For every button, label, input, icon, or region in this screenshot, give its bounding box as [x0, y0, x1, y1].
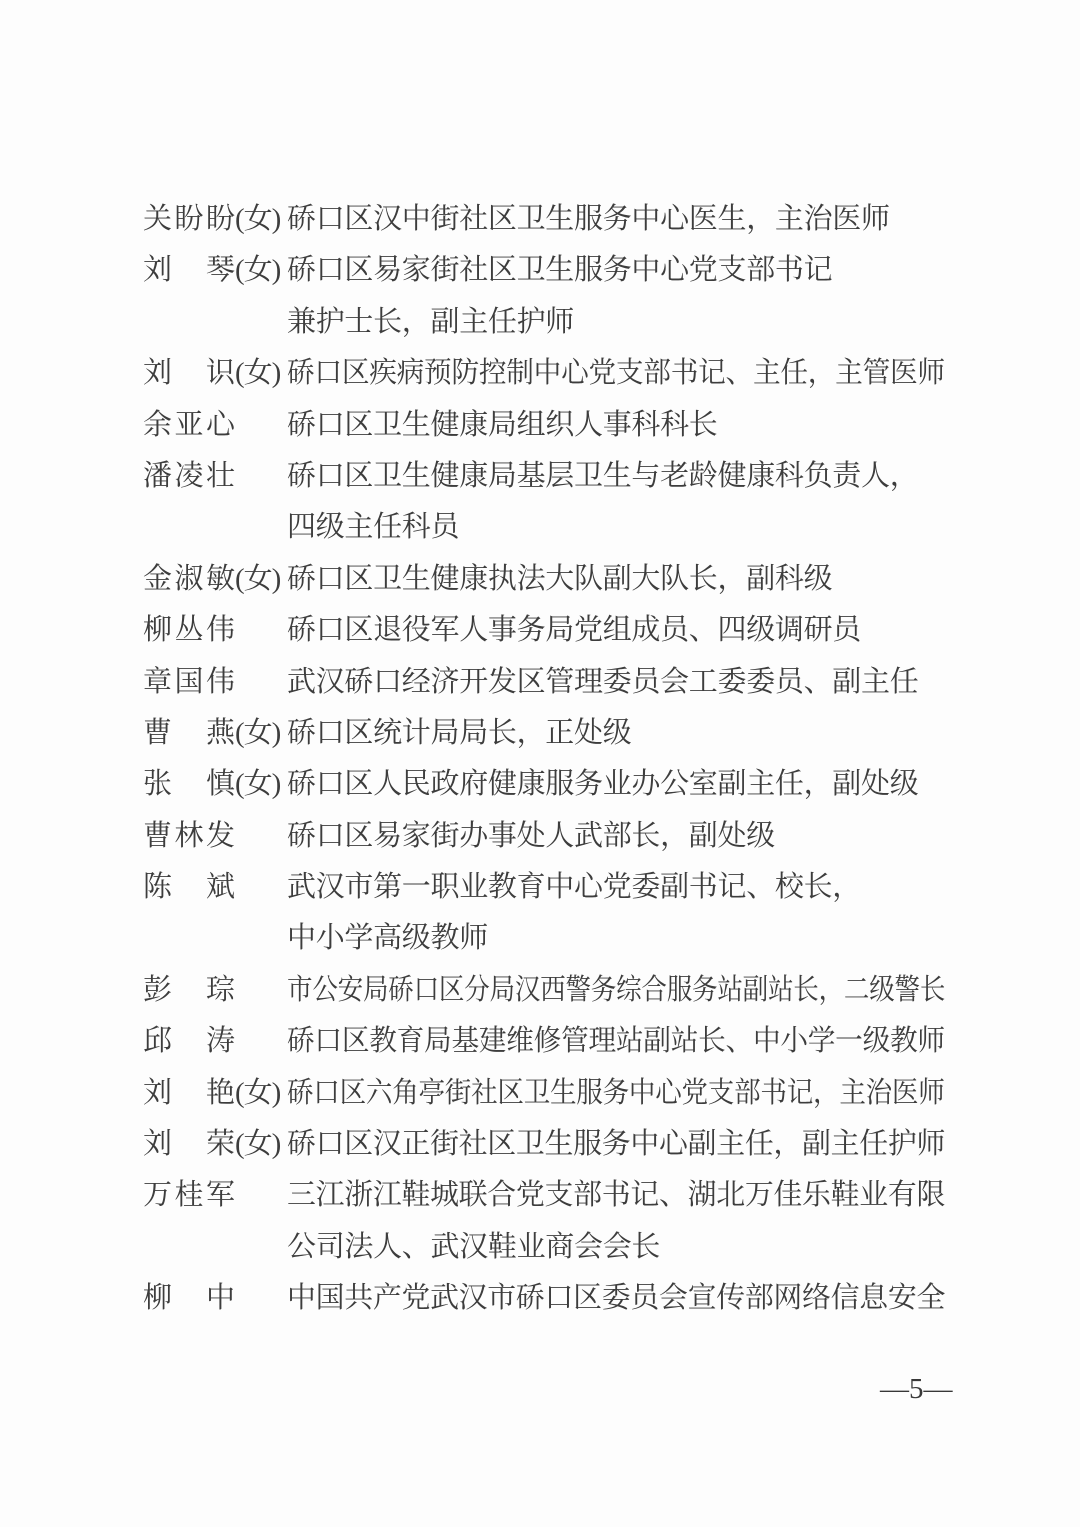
entry-position: 硚口区汉正街社区卫生服务中心副主任，副主任护师: [287, 1119, 1020, 1170]
entry-position-text: 硚口区卫生健康执法大队副大队长，副科级: [287, 554, 832, 605]
list-item: 邱涛 硚口区教育局基建维修管理站副站长、中小学一级教师: [143, 1016, 1020, 1067]
entry-position-text: 四级主任科员: [287, 502, 459, 553]
entry-name: 万桂军: [143, 1170, 235, 1221]
entry-position-text: 公司法人、武汉鞋业商会会长: [287, 1222, 660, 1273]
entry-name: 曹林发: [143, 811, 235, 862]
list-item: 曹燕 (女) 硚口区统计局局长，正处级: [143, 708, 1020, 759]
list-item: 余亚心 硚口区卫生健康局组织人事科科长: [143, 400, 1020, 451]
entry-gender: (女): [235, 1068, 287, 1119]
entry-name: 刘荣: [143, 1119, 235, 1170]
entry-position: 硚口区六角亭街社区卫生服务中心党支部书记，主治医师: [287, 1068, 1020, 1119]
list-item: 潘凌壮 硚口区卫生健康局基层卫生与老龄健康科负责人，: [143, 451, 1020, 502]
entry-position: 硚口区易家街办事处人武部长，副处级: [287, 811, 1020, 862]
list-item: 刘荣 (女) 硚口区汉正街社区卫生服务中心副主任，副主任护师: [143, 1119, 1020, 1170]
entry-gender: (女): [235, 348, 287, 399]
list-item: 关盼盼 (女) 硚口区汉中街社区卫生服务中心医生，主治医师: [143, 194, 1020, 245]
entry-position: 三江浙江鞋城联合党支部书记、湖北万佳乐鞋业有限: [287, 1170, 1020, 1221]
entry-name: 柳中: [143, 1273, 235, 1324]
list-item: 兼护士长，副主任护师: [143, 297, 1020, 348]
entry-position-text: 市公安局硚口区分局汉西警务综合服务站副站长，二级警长: [287, 965, 945, 1016]
entry-position: 硚口区卫生健康局组织人事科科长: [287, 400, 1020, 451]
entry-position: 兼护士长，副主任护师: [287, 297, 1020, 348]
entry-name: 刘琴: [143, 245, 235, 296]
entry-name: 余亚心: [143, 400, 235, 451]
list-item: 刘琴 (女) 硚口区易家街社区卫生服务中心党支部书记: [143, 245, 1020, 296]
entry-position-text: 武汉硚口经济开发区管理委员会工委委员、副主任: [287, 657, 918, 708]
entry-gender: (女): [235, 245, 287, 296]
entry-position: 硚口区统计局局长，正处级: [287, 708, 1020, 759]
entry-position-text: 硚口区易家街办事处人武部长，副处级: [287, 811, 775, 862]
entry-position-text: 硚口区疾病预防控制中心党支部书记、主任，主管医师: [287, 348, 945, 399]
list-item: 柳中 中国共产党武汉市硚口区委员会宣传部网络信息安全: [143, 1273, 1020, 1324]
list-item: 中小学高级教师: [143, 913, 1020, 964]
entry-gender: (女): [235, 759, 287, 810]
entry-position: 硚口区退役军人事务局党组成员、四级调研员: [287, 605, 1020, 656]
entry-position: 中国共产党武汉市硚口区委员会宣传部网络信息安全: [287, 1273, 1020, 1324]
entry-position-text: 硚口区汉正街社区卫生服务中心副主任，副主任护师: [287, 1119, 945, 1170]
entry-position-text: 硚口区卫生健康局基层卫生与老龄健康科负责人，: [287, 451, 918, 502]
list-item: 刘识 (女) 硚口区疾病预防控制中心党支部书记、主任，主管医师: [143, 348, 1020, 399]
list-item: 彭琮 市公安局硚口区分局汉西警务综合服务站副站长，二级警长: [143, 965, 1020, 1016]
entry-gender: (女): [235, 1119, 287, 1170]
list-item: 公司法人、武汉鞋业商会会长: [143, 1222, 1020, 1273]
list-item: 四级主任科员: [143, 502, 1020, 553]
entry-position-text: 武汉市第一职业教育中心党委副书记、校长，: [287, 862, 861, 913]
entry-position-text: 硚口区退役军人事务局党组成员、四级调研员: [287, 605, 861, 656]
entry-position: 武汉市第一职业教育中心党委副书记、校长，: [287, 862, 1020, 913]
entry-name: 张慎: [143, 759, 235, 810]
entry-position-text: 硚口区人民政府健康服务业办公室副主任，副处级: [287, 759, 918, 810]
entry-position-text: 中小学高级教师: [287, 913, 488, 964]
document-page: 关盼盼 (女) 硚口区汉中街社区卫生服务中心医生，主治医师 刘琴 (女) 硚口区…: [0, 0, 1080, 1527]
entry-name: 刘识: [143, 348, 235, 399]
entry-position: 硚口区卫生健康执法大队副大队长，副科级: [287, 554, 1020, 605]
list-item: 金淑敏 (女) 硚口区卫生健康执法大队副大队长，副科级: [143, 554, 1020, 605]
entry-position-text: 中国共产党武汉市硚口区委员会宣传部网络信息安全: [287, 1273, 945, 1324]
entry-position-text: 硚口区易家街社区卫生服务中心党支部书记: [287, 245, 832, 296]
entry-name: 彭琮: [143, 965, 235, 1016]
entry-name: 章国伟: [143, 657, 235, 708]
entry-position: 硚口区人民政府健康服务业办公室副主任，副处级: [287, 759, 1020, 810]
entry-name: 潘凌壮: [143, 451, 235, 502]
entry-position: 硚口区易家街社区卫生服务中心党支部书记: [287, 245, 1020, 296]
entry-position-text: 硚口区卫生健康局组织人事科科长: [287, 400, 718, 451]
entry-position: 四级主任科员: [287, 502, 1020, 553]
entries-list: 关盼盼 (女) 硚口区汉中街社区卫生服务中心医生，主治医师 刘琴 (女) 硚口区…: [143, 194, 1020, 1325]
entry-gender: (女): [235, 708, 287, 759]
entry-position-text: 三江浙江鞋城联合党支部书记、湖北万佳乐鞋业有限: [287, 1170, 945, 1221]
list-item: 万桂军 三江浙江鞋城联合党支部书记、湖北万佳乐鞋业有限: [143, 1170, 1020, 1221]
list-item: 张慎 (女) 硚口区人民政府健康服务业办公室副主任，副处级: [143, 759, 1020, 810]
entry-name: 金淑敏: [143, 554, 235, 605]
list-item: 章国伟 武汉硚口经济开发区管理委员会工委委员、副主任: [143, 657, 1020, 708]
entry-position: 武汉硚口经济开发区管理委员会工委委员、副主任: [287, 657, 1020, 708]
list-item: 刘艳 (女) 硚口区六角亭街社区卫生服务中心党支部书记，主治医师: [143, 1068, 1020, 1119]
entry-position: 硚口区教育局基建维修管理站副站长、中小学一级教师: [287, 1016, 1020, 1067]
entry-position: 硚口区卫生健康局基层卫生与老龄健康科负责人，: [287, 451, 1020, 502]
list-item: 曹林发 硚口区易家街办事处人武部长，副处级: [143, 811, 1020, 862]
entry-position: 市公安局硚口区分局汉西警务综合服务站副站长，二级警长: [287, 965, 1033, 1016]
entry-position: 硚口区疾病预防控制中心党支部书记、主任，主管医师: [287, 348, 1020, 399]
entry-name: 曹燕: [143, 708, 235, 759]
entry-name: 邱涛: [143, 1016, 235, 1067]
entry-position-text: 硚口区教育局基建维修管理站副站长、中小学一级教师: [287, 1016, 945, 1067]
entry-name: 关盼盼: [143, 194, 235, 245]
entry-position-text: 硚口区统计局局长，正处级: [287, 708, 631, 759]
list-item: 柳丛伟 硚口区退役军人事务局党组成员、四级调研员: [143, 605, 1020, 656]
entry-position-text: 硚口区汉中街社区卫生服务中心医生，主治医师: [287, 194, 890, 245]
entry-gender: (女): [235, 194, 287, 245]
entry-name: 柳丛伟: [143, 605, 235, 656]
entry-position-text: 兼护士长，副主任护师: [287, 297, 574, 348]
entry-position-text: 硚口区六角亭街社区卫生服务中心党支部书记，主治医师: [287, 1068, 945, 1119]
page-number: —5—: [880, 1372, 953, 1406]
entry-name: 刘艳: [143, 1068, 235, 1119]
entry-position: 公司法人、武汉鞋业商会会长: [287, 1222, 1020, 1273]
entry-position: 中小学高级教师: [287, 913, 1020, 964]
list-item: 陈斌 武汉市第一职业教育中心党委副书记、校长，: [143, 862, 1020, 913]
entry-gender: (女): [235, 554, 287, 605]
entry-name: 陈斌: [143, 862, 235, 913]
entry-position: 硚口区汉中街社区卫生服务中心医生，主治医师: [287, 194, 1020, 245]
